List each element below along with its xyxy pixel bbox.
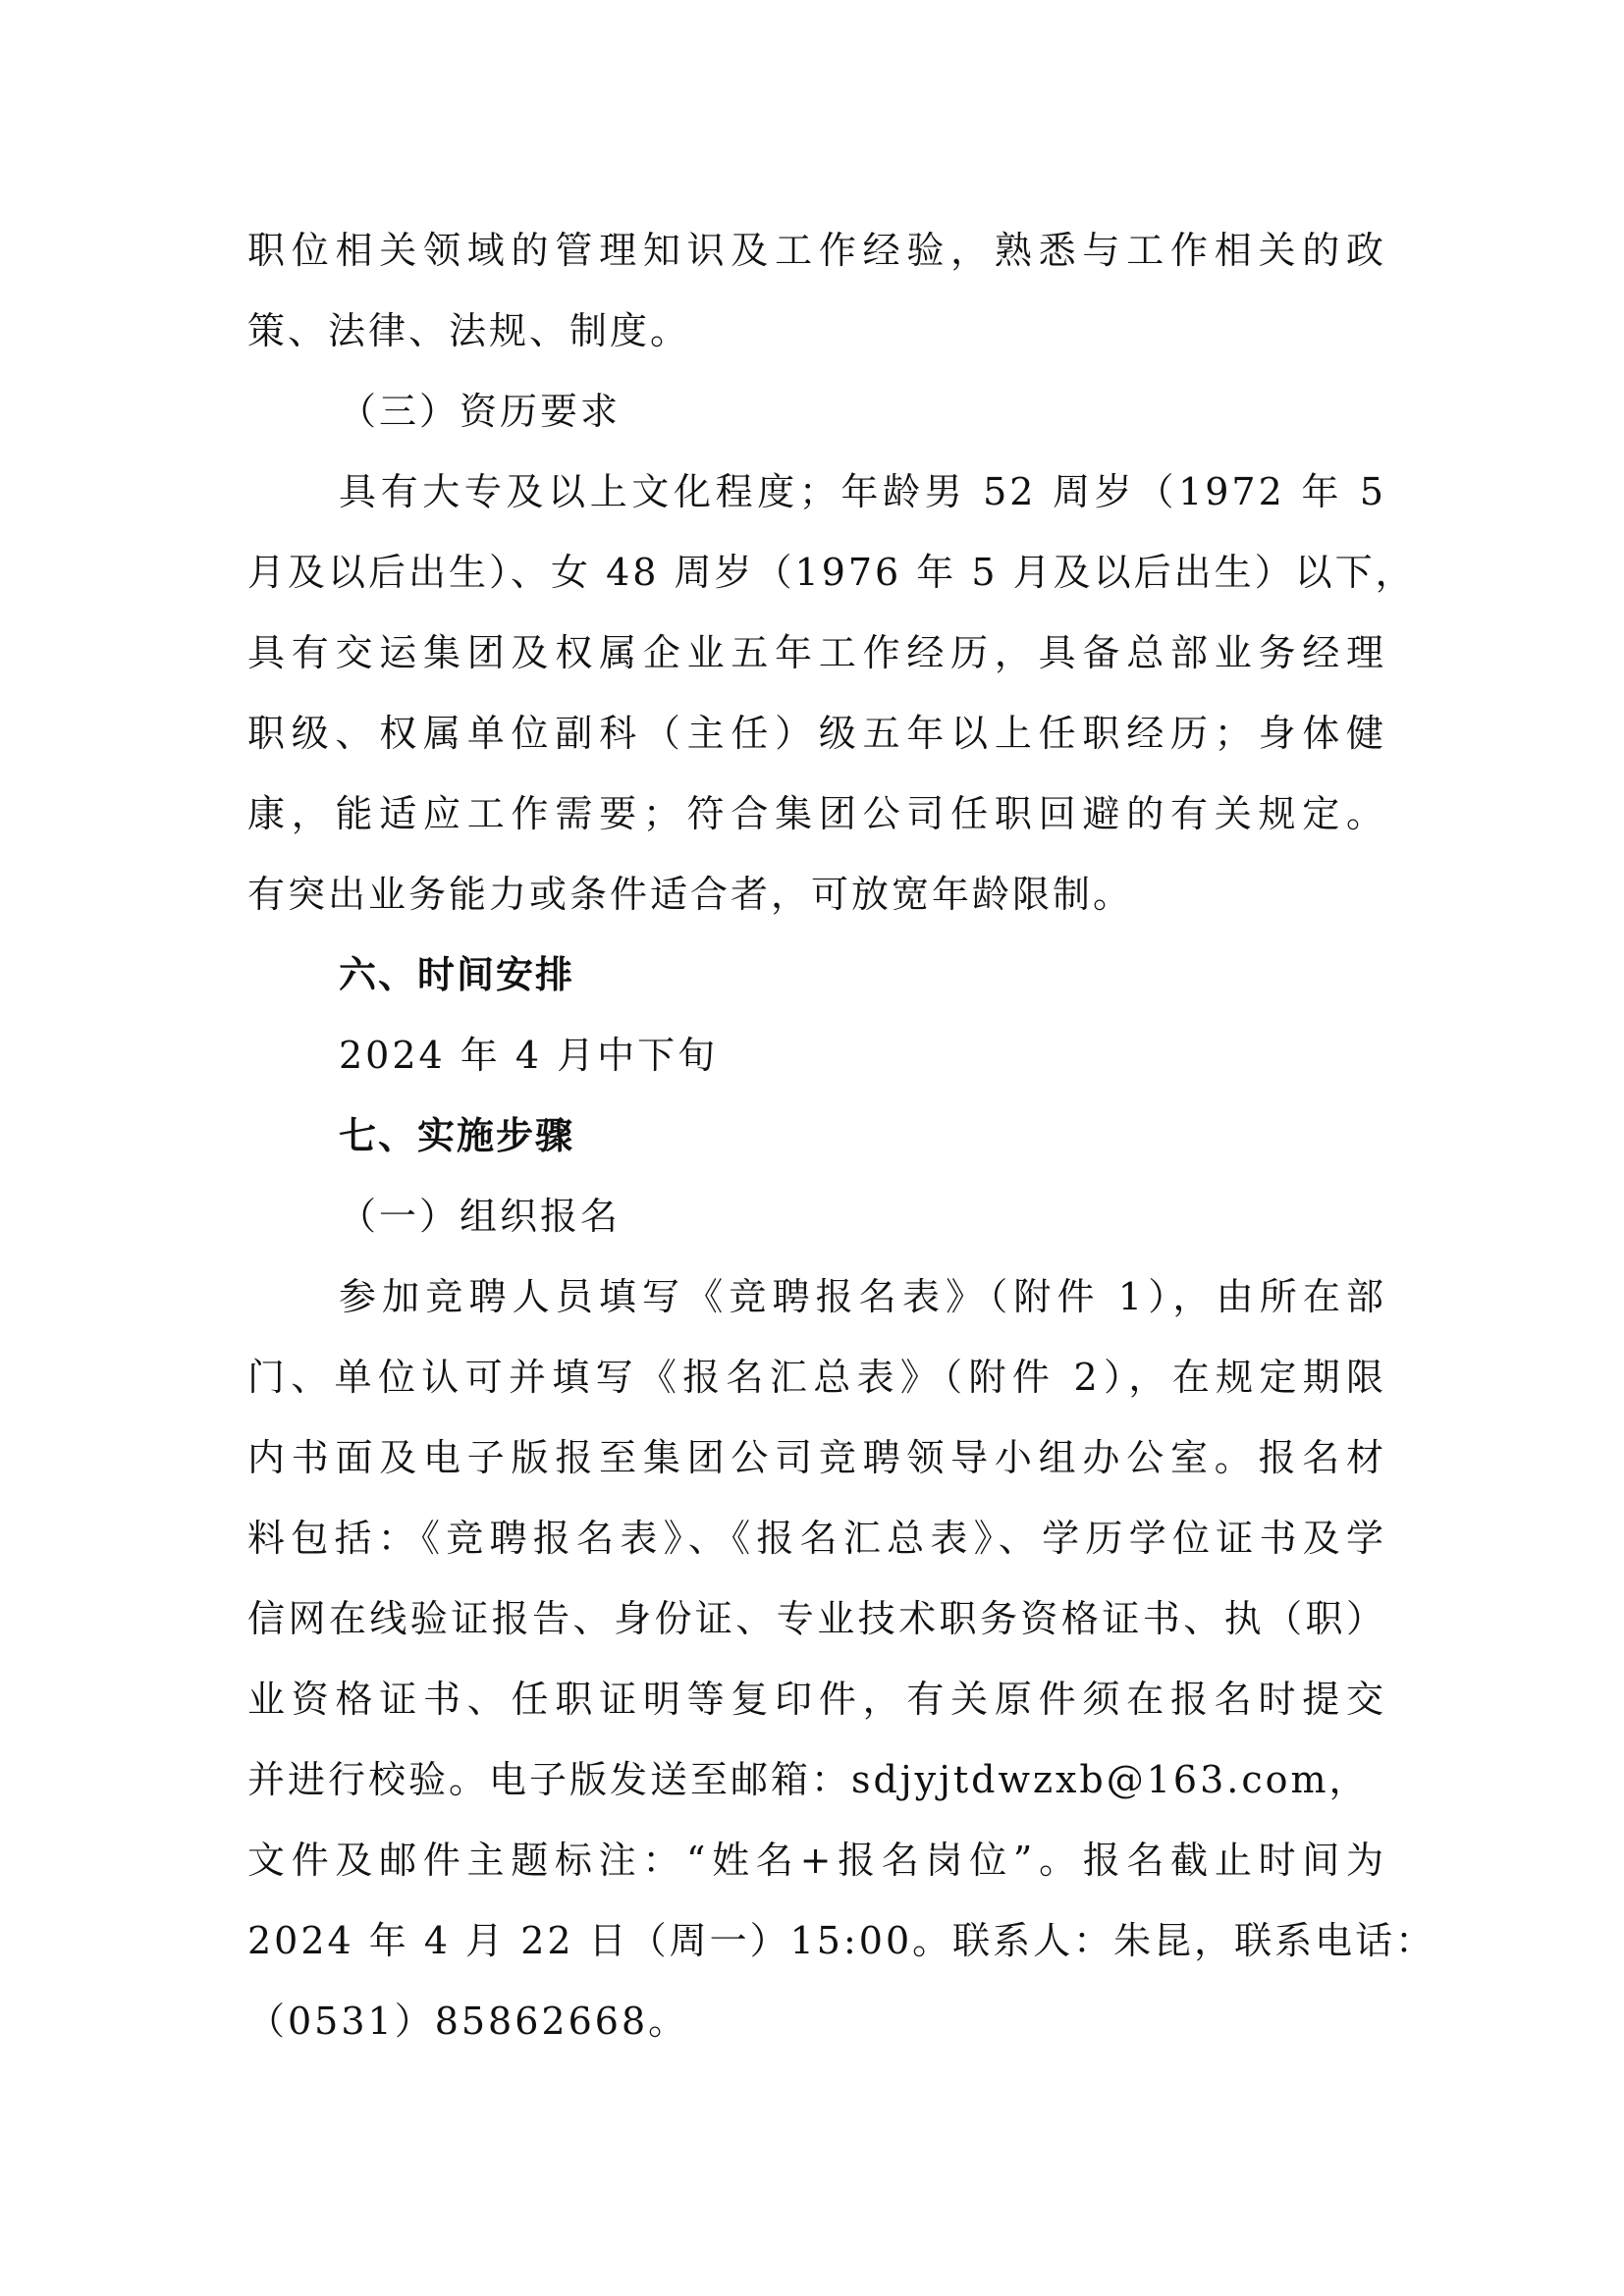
- paragraph-line: 文件及邮件主题标注：“姓名+报名岗位”。报名截止时间为: [247, 1820, 1386, 1900]
- paragraph-line: 参加竞聘人员填写《竞聘报名表》（附件 1），由所在部: [247, 1256, 1386, 1337]
- paragraph-line: 康，能适应工作需要；符合集团公司任职回避的有关规定。: [247, 774, 1386, 854]
- paragraph-line: 门、单位认可并填写《报名汇总表》（附件 2），在规定期限: [247, 1337, 1386, 1417]
- paragraph-line-phone: （0531）85862668。: [247, 1981, 1386, 2061]
- paragraph-line: 月及以后出生）、女 48 周岁（1976 年 5 月及以后出生）以下，: [247, 532, 1386, 613]
- paragraph-line-deadline: 2024 年 4 月 22 日（周一）15:00。联系人：朱昆，联系电话：: [247, 1900, 1386, 1981]
- document-page: 职位相关领域的管理知识及工作经验，熟悉与工作相关的政 策、法律、法规、制度。 （…: [0, 0, 1624, 2296]
- paragraph-line-email: 并进行校验。电子版发送至邮箱：sdjyjtdwzxb@163.com，: [247, 1739, 1386, 1820]
- section-heading-steps: 七、实施步骤: [247, 1095, 1386, 1176]
- paragraph-line: 料包括：《竞聘报名表》、《报名汇总表》、学历学位证书及学: [247, 1498, 1386, 1578]
- schedule-text: 2024 年 4 月中下旬: [247, 1015, 1386, 1095]
- subsection-heading-registration: （一）组织报名: [247, 1176, 1386, 1256]
- paragraph-line: 内书面及电子版报至集团公司竞聘领导小组办公室。报名材: [247, 1417, 1386, 1498]
- paragraph-line: 职级、权属单位副科（主任）级五年以上任职经历；身体健: [247, 693, 1386, 774]
- paragraph-line: 职位相关领域的管理知识及工作经验，熟悉与工作相关的政: [247, 210, 1386, 291]
- paragraph-line: 具有大专及以上文化程度；年龄男 52 周岁（1972 年 5: [247, 452, 1386, 532]
- paragraph-line: 有突出业务能力或条件适合者，可放宽年龄限制。: [247, 854, 1386, 934]
- section-heading-schedule: 六、时间安排: [247, 934, 1386, 1015]
- paragraph-line: 策、法律、法规、制度。: [247, 291, 1386, 371]
- paragraph-line: 业资格证书、任职证明等复印件，有关原件须在报名时提交: [247, 1659, 1386, 1739]
- subsection-heading-qualification: （三）资历要求: [247, 371, 1386, 452]
- document-body: 职位相关领域的管理知识及工作经验，熟悉与工作相关的政 策、法律、法规、制度。 （…: [247, 210, 1386, 2061]
- paragraph-line: 信网在线验证报告、身份证、专业技术职务资格证书、执（职）: [247, 1578, 1386, 1659]
- paragraph-line: 具有交运集团及权属企业五年工作经历，具备总部业务经理: [247, 613, 1386, 693]
